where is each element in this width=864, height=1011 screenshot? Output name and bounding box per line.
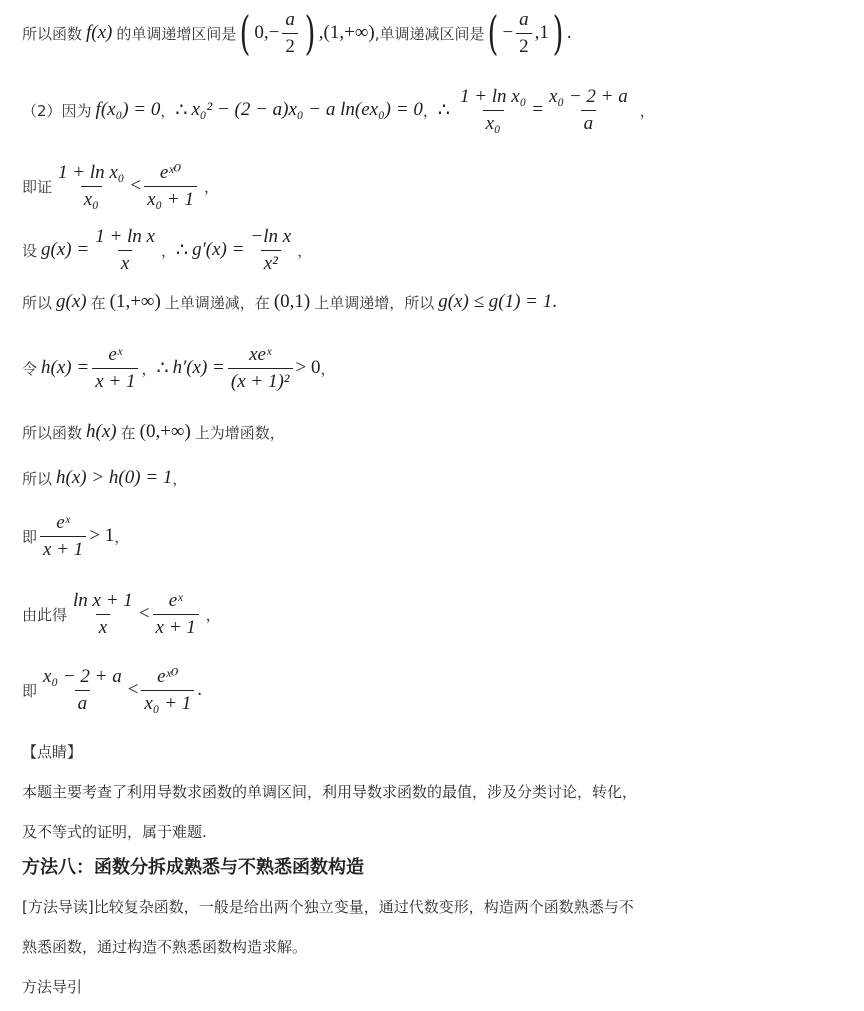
numerator: xeˣ [246, 344, 274, 368]
denominator: a [75, 690, 91, 715]
math: g(x) [56, 291, 87, 313]
fraction: 1 + ln x x [92, 226, 158, 275]
fraction: eˣ⁰ x₀ + 1 [141, 666, 194, 715]
math: x₀² − (2 − a)x₀ − a ln(ex₀) = 0 [191, 99, 422, 121]
text: （2）因为 [22, 100, 92, 121]
h-lower-bound: 所以 h(x) > h(0) = 1 ， [22, 464, 187, 492]
math: > 0 [296, 357, 321, 379]
math: (0,1) [274, 291, 310, 313]
fraction: eˣ x + 1 [92, 344, 138, 393]
text: ， [297, 240, 312, 261]
fraction: −ln x x² [247, 226, 294, 275]
numerator: eˣ⁰ [157, 162, 184, 186]
denominator: x + 1 [153, 614, 199, 639]
math: . [567, 22, 572, 44]
text: ， [160, 100, 175, 121]
denominator: x₀ + 1 [144, 186, 197, 211]
numerator: eˣ [105, 344, 125, 368]
denominator: x₀ [483, 110, 504, 135]
part-2-derivation: （2）因为 f(x₀) = 0 ， ∴ x₀² − (2 − a)x₀ − a … [22, 80, 655, 140]
paren: ( [488, 10, 499, 56]
numerator: eˣ [166, 590, 186, 614]
text: 在 [91, 292, 106, 313]
text: 即证 [22, 176, 52, 197]
comment-body-line-1: 本题主要考查了利用导数求函数的单调区间，利用导数求函数的最值，涉及分类讨论，转化… [22, 778, 637, 804]
method-title: 方法八：函数分拆成熟悉与不熟悉函数构造 [22, 852, 364, 880]
therefore-symbol: ∴ [156, 357, 168, 380]
numerator: a [282, 9, 298, 33]
math: . [552, 291, 557, 313]
math: (0,+∞) [140, 421, 191, 443]
paren: ) [304, 10, 315, 56]
fraction: 1 + ln x₀ x₀ [457, 86, 529, 135]
denominator: x₀ [81, 186, 102, 211]
text: 在 [121, 422, 136, 443]
math: < [130, 175, 141, 197]
denominator: x [118, 250, 132, 275]
numerator: 1 + ln x [92, 226, 158, 250]
math: ,(1,+∞) [319, 22, 375, 44]
define-h: 令 h(x) = eˣ x + 1 ， ∴ h′(x) = xeˣ (x + 1… [22, 340, 335, 396]
denominator: a [581, 110, 597, 135]
therefore-symbol: ∴ [176, 239, 188, 262]
math: ,1 [535, 22, 549, 44]
text: ,单调递减区间是 [375, 23, 485, 44]
numerator: eˣ⁰ [154, 666, 181, 690]
denominator: x₀ + 1 [141, 690, 194, 715]
math: h(x) [86, 421, 117, 443]
therefore-symbol: ∴ [175, 99, 187, 122]
math: = [532, 99, 543, 121]
text: 即 [22, 526, 37, 547]
text: ， [423, 100, 438, 121]
derived-inequality: 由此得 ln x + 1 x < eˣ x + 1 ， [22, 586, 221, 642]
numerator: 1 + ln x₀ [55, 162, 127, 186]
g-monotonicity: 所以 g(x) 在 (1,+∞) 上单调递减，在 (0,1) 上单调递增，所以 … [22, 288, 557, 316]
fraction: xeˣ (x + 1)² [228, 344, 293, 393]
fraction: ln x + 1 x [70, 590, 136, 639]
denominator: 2 [516, 33, 532, 58]
text: 的单调递增区间是 [116, 23, 236, 44]
math: h(x) = [41, 357, 89, 379]
math: h(x) > h(0) = 1 [56, 467, 172, 489]
numerator: −ln x [247, 226, 294, 250]
fraction: 1 + ln x₀ x₀ [55, 162, 127, 211]
denominator: x² [261, 250, 281, 275]
denominator: x + 1 [92, 368, 138, 393]
denominator: x [96, 614, 110, 639]
method-guide-line-2: 熟悉函数，通过构造不熟悉函数构造求解。 [22, 933, 307, 959]
text: ， [206, 604, 221, 625]
text: 上为增函数， [195, 422, 285, 443]
comment-heading: 【点睛】 [22, 738, 82, 764]
text: 设 [22, 240, 37, 261]
text: 所以 [22, 292, 52, 313]
text: ， [320, 358, 335, 379]
numerator: 1 + ln x₀ [457, 86, 529, 110]
numerator: x₀ − 2 + a [40, 666, 125, 690]
text: 所以函数 [22, 422, 82, 443]
text: 所以函数 [22, 23, 82, 44]
math: h′(x) = [173, 357, 225, 379]
math: g(x) = [41, 239, 89, 261]
denominator: (x + 1)² [228, 368, 293, 393]
method-subheading: 方法导引 [22, 973, 82, 999]
text: ， [161, 240, 176, 261]
fraction: eˣ x + 1 [153, 590, 199, 639]
method-guide-line-1: [方法导读]比较复杂函数，一般是给出两个独立变量，通过代数变形，构造两个函数熟悉… [22, 893, 634, 919]
numerator: eˣ [53, 512, 73, 536]
text: ， [141, 358, 156, 379]
final-inequality: 即 x₀ − 2 + a a < eˣ⁰ x₀ + 1 . [22, 662, 202, 718]
numerator: a [516, 9, 532, 33]
paren: ) [552, 10, 563, 56]
define-g: 设 g(x) = 1 + ln x x ， ∴ g′(x) = −ln x x²… [22, 222, 312, 278]
fraction: x₀ − 2 + a a [40, 666, 125, 715]
prove-inequality: 即证 1 + ln x₀ x₀ < eˣ⁰ x₀ + 1 ， [22, 158, 219, 214]
math: − [502, 22, 513, 44]
text: ， [640, 100, 655, 121]
denominator: 2 [282, 33, 298, 58]
fraction: eˣ x + 1 [40, 512, 86, 561]
math: < [128, 679, 139, 701]
math: (1,+∞) [110, 291, 161, 313]
text: 上单调递减，在 [165, 292, 270, 313]
fraction: a 2 [282, 9, 298, 58]
fraction: eˣ⁰ x₀ + 1 [144, 162, 197, 211]
therefore-symbol: ∴ [438, 99, 450, 122]
conclusion-monotonic-intervals: 所以函数 f(x) 的单调递增区间是 ( 0,− a 2 ) ,(1,+∞) ,… [22, 6, 572, 60]
text: 令 [22, 358, 37, 379]
h-increasing: 所以函数 h(x) 在 (0,+∞) 上为增函数， [22, 418, 285, 446]
paren: ( [240, 10, 251, 56]
numerator: x₀ − 2 + a [546, 86, 631, 110]
math-fx: f(x) [86, 22, 112, 44]
math: > 1 [89, 525, 114, 547]
text: 上单调递增，所以 [314, 292, 434, 313]
text: 即 [22, 680, 37, 701]
text: 由此得 [22, 604, 67, 625]
fraction: x₀ − 2 + a a [546, 86, 631, 135]
denominator: x + 1 [40, 536, 86, 561]
comment-body-line-2: 及不等式的证明，属于难题. [22, 818, 207, 844]
math: f(x₀) = 0 [96, 99, 161, 121]
fraction: a 2 [516, 9, 532, 58]
math: < [139, 603, 150, 625]
math: . [197, 679, 202, 701]
numerator: ln x + 1 [70, 590, 136, 614]
text: ， [114, 526, 129, 547]
math: 0,− [254, 22, 279, 44]
math: g(x) ≤ g(1) = 1 [438, 291, 552, 313]
text: 所以 [22, 468, 52, 489]
text: ， [204, 176, 219, 197]
exp-inequality: 即 eˣ x + 1 > 1 ， [22, 508, 129, 564]
text: ， [172, 468, 187, 489]
math: g′(x) = [192, 239, 244, 261]
